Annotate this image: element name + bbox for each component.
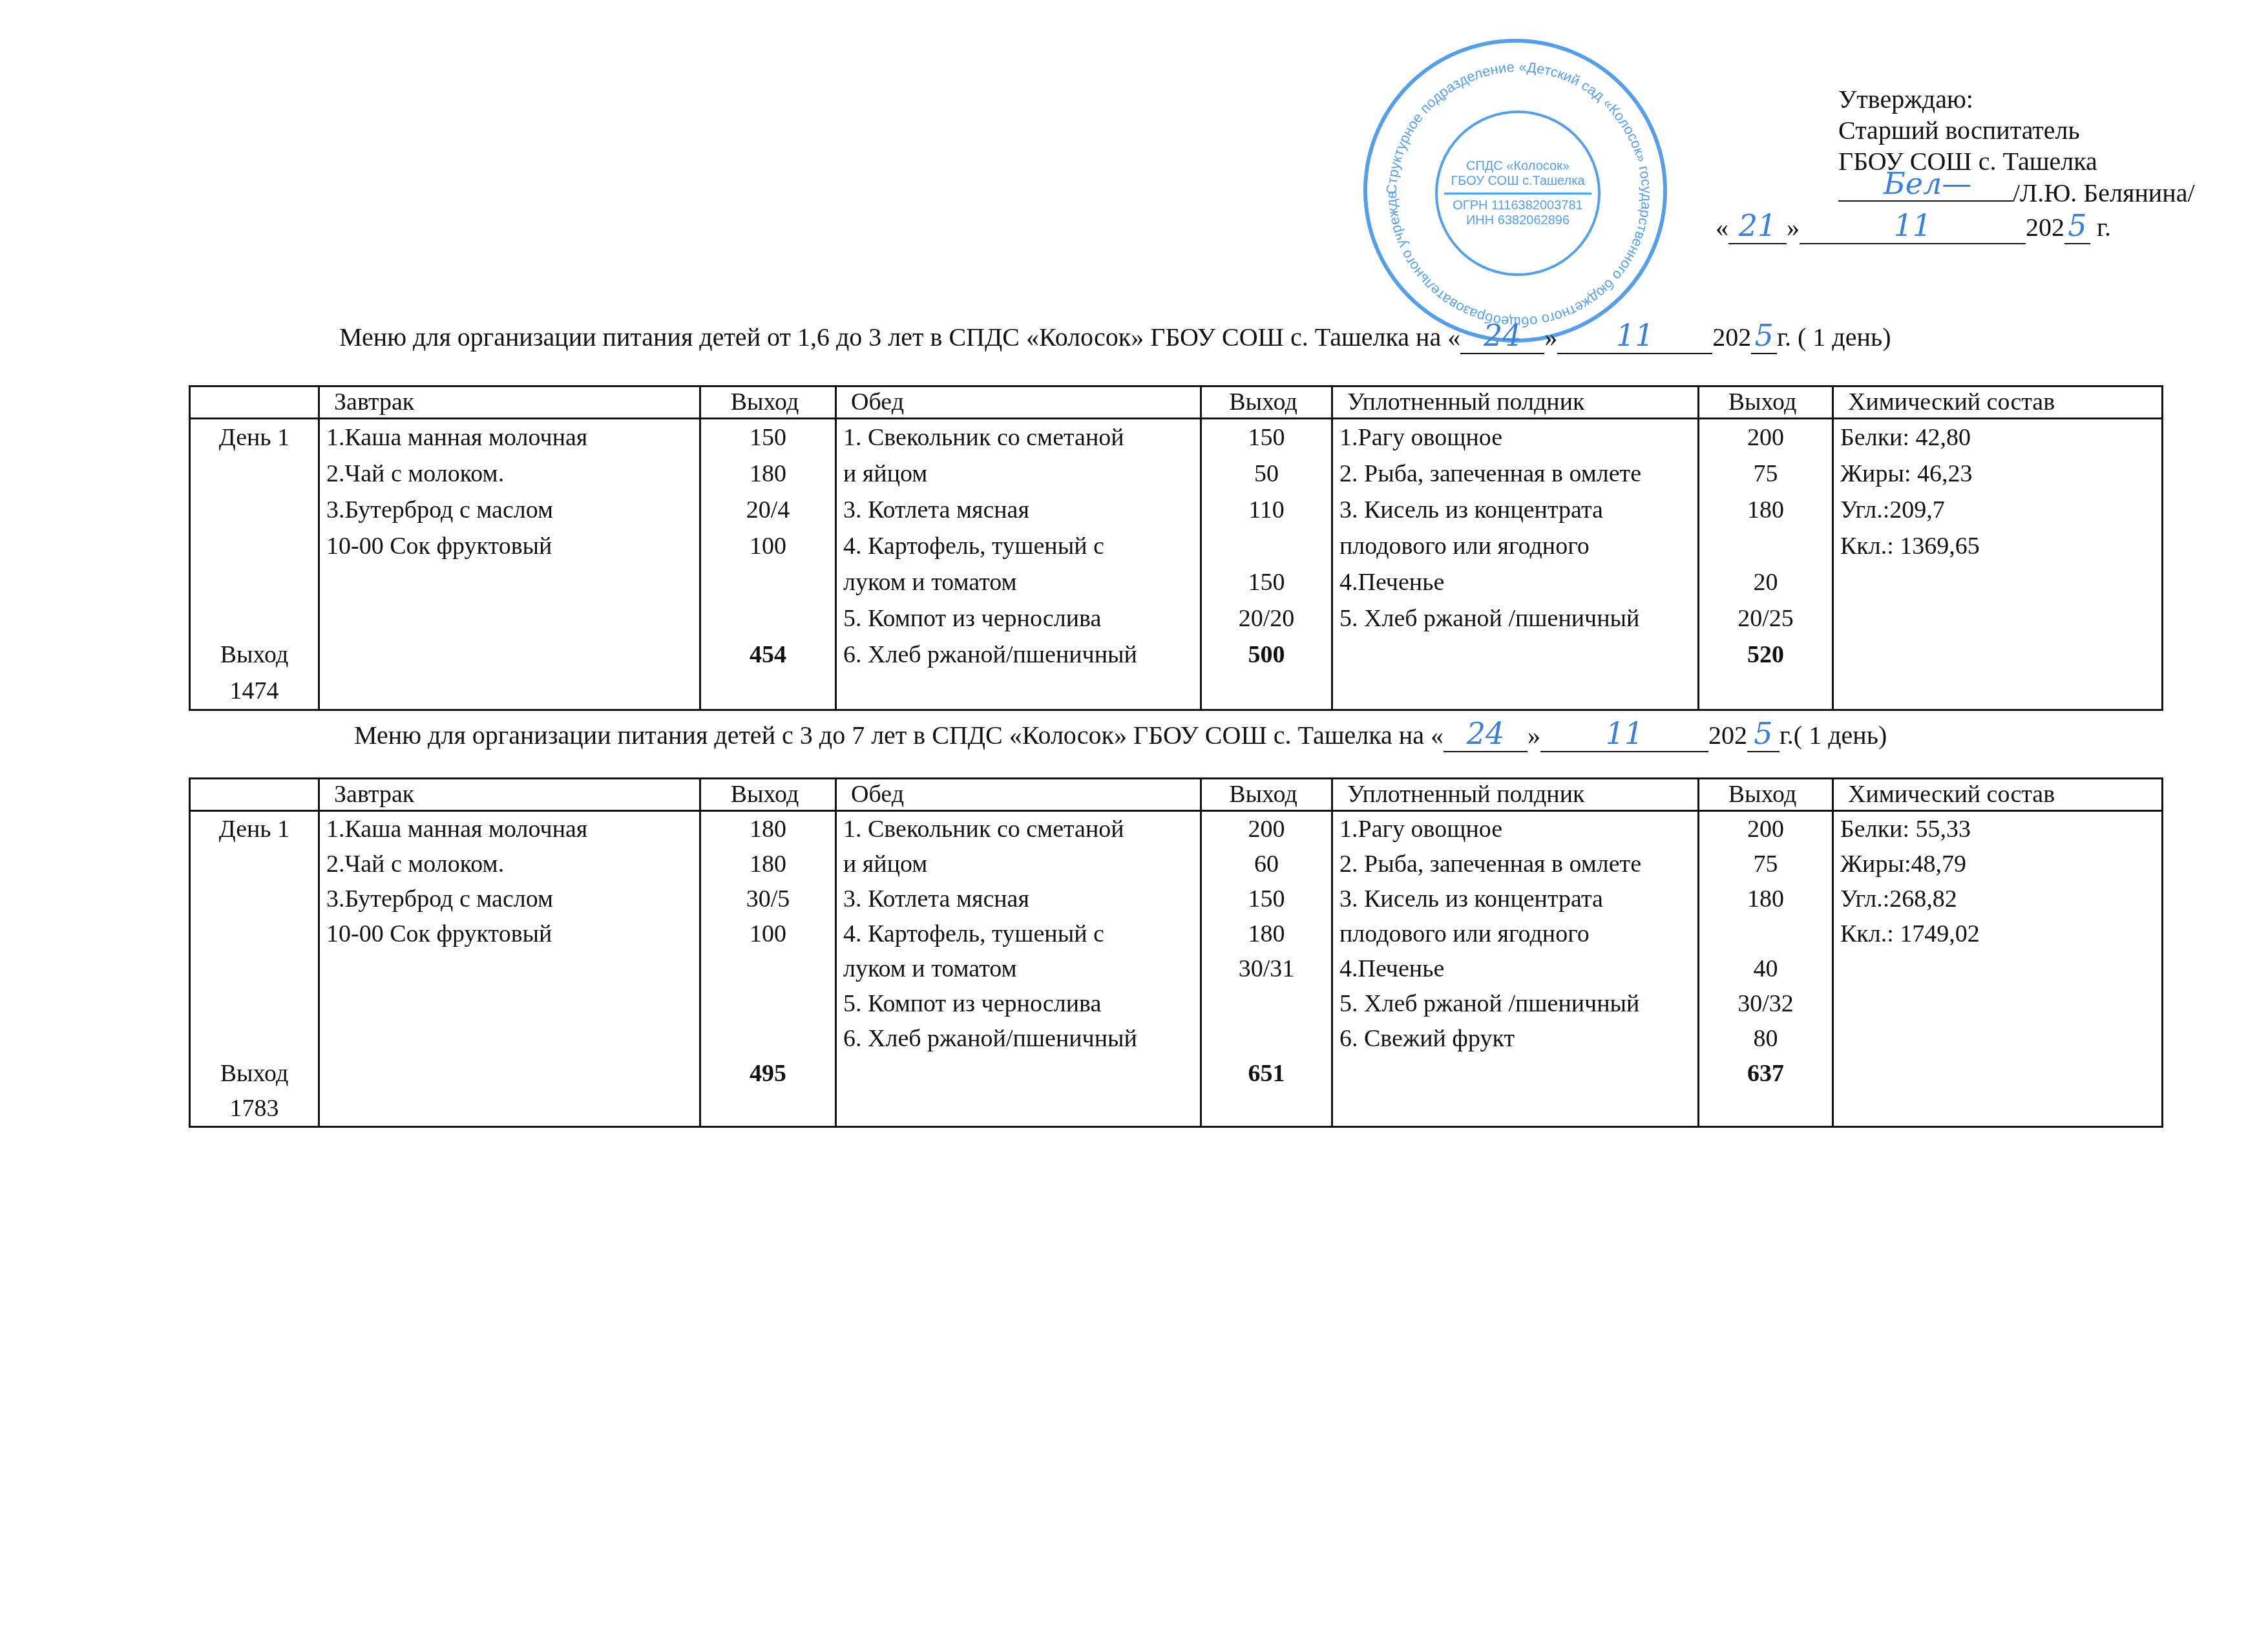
header-lunch: Обед <box>836 779 1201 811</box>
lunch-item: 1. Свекольник со сметаной <box>843 812 1193 847</box>
snack-yield-cell: 200751802020/25520 <box>1699 419 1833 710</box>
snack-items-cell: 1.Рагу овощное2. Рыба, запеченная в омле… <box>1332 419 1699 710</box>
snack-yield: 180 <box>1706 492 1825 528</box>
header-breakfast: Завтрак <box>319 386 700 419</box>
title-day-field: 24 <box>1460 318 1544 354</box>
breakfast-yield: 180 <box>708 456 828 492</box>
header-lunch: Обед <box>836 386 1201 419</box>
breakfast-item <box>326 564 693 600</box>
lunch-item: 1. Свекольник со сметаной <box>843 419 1193 456</box>
chemical-value: Белки: 55,33 <box>1840 812 2155 847</box>
title-month-handwritten: 11 <box>1606 716 1644 751</box>
spacer <box>197 492 311 528</box>
chemical-value: Белки: 42,80 <box>1840 419 2155 456</box>
chemical-value: Ккл.: 1749,02 <box>1840 916 2155 951</box>
chemical-value: Жиры:48,79 <box>1840 847 2155 882</box>
breakfast-item <box>326 600 693 637</box>
breakfast-item <box>326 951 693 986</box>
breakfast-item: 3.Бутерброд с маслом <box>326 492 693 528</box>
header-day <box>190 779 319 811</box>
lunch-items-cell: 1. Свекольник со сметанойи яйцом3. Котле… <box>836 419 1201 710</box>
snack-yield: 20 <box>1706 564 1825 600</box>
date-month-field: 11 <box>1800 208 2026 244</box>
breakfast-yield <box>708 1021 828 1056</box>
snack-item: плодового или ягодного <box>1339 916 1691 951</box>
chemical-value: Угл.:268,82 <box>1840 882 2155 916</box>
menu-table-preschool: ЗавтракВыходОбедВыходУплотненный полдник… <box>189 777 2163 1128</box>
day-label: День 1 <box>197 812 311 847</box>
title-suffix: г.( 1 день) <box>1780 721 1887 750</box>
day-label: День 1 <box>197 419 311 456</box>
lunch-item: и яйцом <box>843 847 1193 882</box>
table-row: День 1Выход17831.Каша манная молочная2.Ч… <box>190 811 2163 1127</box>
spacer <box>197 986 311 1021</box>
snack-items-cell: 1.Рагу овощное2. Рыба, запеченная в омле… <box>1332 811 1699 1127</box>
snack-yield: 80 <box>1706 1021 1825 1056</box>
breakfast-item: 1.Каша манная молочная <box>326 419 693 456</box>
date-day-handwritten: 21 <box>1739 208 1777 243</box>
lunch-yield: 50 <box>1208 456 1325 492</box>
snack-item: 3. Кисель из концентрата <box>1339 492 1691 528</box>
breakfast-items-cell: 1.Каша манная молочная2.Чай с молоком.3.… <box>319 811 700 1127</box>
title-month-handwritten: 11 <box>1616 318 1654 353</box>
snack-item: 4.Печенье <box>1339 951 1691 986</box>
chemical-value: Угл.:209,7 <box>1840 492 2155 528</box>
snack-item: 2. Рыба, запеченная в омлете <box>1339 847 1691 882</box>
header-chemical: Химический состав <box>1833 779 2163 811</box>
spacer <box>197 1021 311 1056</box>
total-label: Выход <box>197 1056 311 1091</box>
spacer <box>197 951 311 986</box>
approval-position: Старший воспитатель <box>1838 115 2195 146</box>
snack-item: 2. Рыба, запеченная в омлете <box>1339 456 1691 492</box>
lunch-item: 3. Котлета мясная <box>843 882 1193 916</box>
snack-yield: 30/32 <box>1706 986 1825 1021</box>
title-day-field: 24 <box>1444 716 1528 752</box>
menu-title-preschool: Меню для организации питания детей с 3 д… <box>354 716 1887 752</box>
title-suffix: г. ( 1 день) <box>1777 322 1891 352</box>
breakfast-item <box>326 1021 693 1056</box>
stamp-center: СПДС «Колосок» ГБОУ СОШ с.Ташелка ОГРН 1… <box>1435 111 1601 276</box>
header-lunch-yield: Выход <box>1201 779 1332 811</box>
date-year-field: 5 <box>2064 208 2090 244</box>
stamp-center-line1: СПДС «Колосок» <box>1438 159 1598 174</box>
header-breakfast: Завтрак <box>319 779 700 811</box>
snack-yield: 75 <box>1706 456 1825 492</box>
snack-yield <box>1706 916 1825 951</box>
stamp-ogrn: ОГРН 1116382003781 <box>1438 198 1598 213</box>
approval-date: «21»112025 г. <box>1716 208 2111 244</box>
lunch-item: 6. Хлеб ржаной/пшеничный <box>843 1021 1193 1056</box>
snack-yield: 40 <box>1706 951 1825 986</box>
breakfast-yield: 150 <box>708 419 828 456</box>
snack-yield: 20/25 <box>1706 600 1825 637</box>
approval-signature-line: Бел—/Л.Ю. Белянина/ <box>1838 177 2195 209</box>
breakfast-yield: 20/4 <box>708 492 828 528</box>
lunch-yield: 150 <box>1208 564 1325 600</box>
breakfast-yield: 180 <box>708 812 828 847</box>
header-breakfast-yield: Выход <box>700 779 836 811</box>
snack-item <box>1339 637 1691 673</box>
title-year-prefix: 202 <box>1712 322 1751 352</box>
stamp-divider <box>1444 193 1591 195</box>
snack-item: 5. Хлеб ржаной /пшеничный <box>1339 600 1691 637</box>
lunch-yield: 20/20 <box>1208 600 1325 637</box>
breakfast-yield: 100 <box>708 528 828 564</box>
title-month-field: 11 <box>1557 318 1712 354</box>
snack-item <box>1339 1056 1691 1091</box>
breakfast-item: 10-00 Сок фруктовый <box>326 528 693 564</box>
lunch-yield: 200 <box>1208 812 1325 847</box>
header-chemical: Химический состав <box>1833 386 2163 419</box>
breakfast-yield <box>708 986 828 1021</box>
total-value: 1783 <box>197 1091 311 1126</box>
lunch-yield-total: 651 <box>1208 1056 1325 1091</box>
breakfast-yield-cell: 18018030/5100495 <box>700 811 836 1127</box>
header-snack: Уплотненный полдник <box>1332 386 1699 419</box>
breakfast-yield-total: 495 <box>708 1056 828 1091</box>
breakfast-item: 1.Каша манная молочная <box>326 812 693 847</box>
spacer <box>197 847 311 882</box>
lunch-yield: 30/31 <box>1208 951 1325 986</box>
title-text: Меню для организации питания детей с 3 д… <box>354 721 1444 750</box>
lunch-item: и яйцом <box>843 456 1193 492</box>
breakfast-yield-total: 454 <box>708 637 828 673</box>
title-year-field: 5 <box>1747 716 1780 752</box>
header-snack: Уплотненный полдник <box>1332 779 1699 811</box>
lunch-items-cell: 1. Свекольник со сметанойи яйцом3. Котле… <box>836 811 1201 1127</box>
snack-item: 3. Кисель из концентрата <box>1339 882 1691 916</box>
approval-block: Утверждаю: Старший воспитатель ГБОУ СОШ … <box>1838 84 2195 209</box>
breakfast-item: 2.Чай с молоком. <box>326 847 693 882</box>
lunch-item: луком и томатом <box>843 951 1193 986</box>
stamp-center-line2: ГБОУ СОШ с.Ташелка <box>1438 174 1598 189</box>
snack-yield <box>1706 528 1825 564</box>
title-month-field: 11 <box>1540 716 1708 752</box>
title-text: Меню для организации питания детей от 1,… <box>339 322 1460 352</box>
breakfast-yield <box>708 600 828 637</box>
title-year-handwritten: 5 <box>1755 318 1774 353</box>
title-year-field: 5 <box>1751 318 1777 354</box>
menu-title-toddlers: Меню для организации питания детей от 1,… <box>339 318 1891 354</box>
snack-item: 1.Рагу овощное <box>1339 812 1691 847</box>
spacer <box>197 456 311 492</box>
header-row: ЗавтракВыходОбедВыходУплотненный полдник… <box>190 779 2163 811</box>
title-year-prefix: 202 <box>1708 721 1747 750</box>
title-close-quote: » <box>1544 322 1557 352</box>
chemical-value: Ккл.: 1369,65 <box>1840 528 2155 564</box>
lunch-yield: 150 <box>1208 882 1325 916</box>
snack-yield-total: 520 <box>1706 637 1825 673</box>
stamp-inn: ИНН 6382062896 <box>1438 213 1598 228</box>
snack-yield: 200 <box>1706 419 1825 456</box>
lunch-yield: 60 <box>1208 847 1325 882</box>
total-value: 1474 <box>197 673 311 709</box>
spacer <box>197 916 311 951</box>
header-row: ЗавтракВыходОбедВыходУплотненный полдник… <box>190 386 2163 419</box>
lunch-yield-cell: 1505011015020/20500 <box>1201 419 1332 710</box>
lunch-item: 4. Картофель, тушеный с <box>843 528 1193 564</box>
official-stamp: Структурное подразделение «Детский сад «… <box>1363 39 1667 343</box>
header-day <box>190 386 319 419</box>
table-row: День 1Выход14741.Каша манная молочная2.Ч… <box>190 419 2163 710</box>
chemical-cell: Белки: 42,80Жиры: 46,23Угл.:209,7Ккл.: 1… <box>1833 419 2163 710</box>
lunch-yield: 110 <box>1208 492 1325 528</box>
total-label: Выход <box>197 637 311 673</box>
snack-item: плодового или ягодного <box>1339 528 1691 564</box>
breakfast-yield: 100 <box>708 916 828 951</box>
snack-item: 4.Печенье <box>1339 564 1691 600</box>
date-year-unit: г. <box>2090 213 2111 242</box>
signer-name: /Л.Ю. Белянина/ <box>2013 178 2195 207</box>
lunch-yield <box>1208 528 1325 564</box>
breakfast-item: 2.Чай с молоком. <box>326 456 693 492</box>
breakfast-yield-cell: 15018020/4100454 <box>700 419 836 710</box>
menu-table-toddlers: ЗавтракВыходОбедВыходУплотненный полдник… <box>189 385 2163 711</box>
lunch-yield: 150 <box>1208 419 1325 456</box>
breakfast-yield <box>708 951 828 986</box>
breakfast-item: 10-00 Сок фруктовый <box>326 916 693 951</box>
title-close-quote: » <box>1528 721 1540 750</box>
title-day-handwritten: 24 <box>1467 716 1505 751</box>
breakfast-item <box>326 1056 693 1091</box>
header-lunch-yield: Выход <box>1201 386 1332 419</box>
spacer <box>197 600 311 637</box>
spacer <box>197 528 311 564</box>
lunch-yield: 180 <box>1208 916 1325 951</box>
header-snack-yield: Выход <box>1699 386 1833 419</box>
lunch-yield-cell: 2006015018030/31651 <box>1201 811 1332 1127</box>
date-month-handwritten: 11 <box>1894 208 1932 243</box>
snack-yield: 200 <box>1706 812 1825 847</box>
chemical-value: Жиры: 46,23 <box>1840 456 2155 492</box>
date-year-prefix: 202 <box>2026 213 2064 242</box>
lunch-yield <box>1208 1021 1325 1056</box>
lunch-yield <box>1208 986 1325 1021</box>
snack-item: 6. Свежий фрукт <box>1339 1021 1691 1056</box>
date-open-quote: « <box>1716 213 1728 242</box>
lunch-item: 5. Компот из чернослива <box>843 986 1193 1021</box>
date-day-field: 21 <box>1728 208 1787 244</box>
handwritten-signature: Бел— <box>1884 168 1971 199</box>
breakfast-item <box>326 637 693 673</box>
title-day-handwritten: 24 <box>1484 318 1522 353</box>
snack-item: 1.Рагу овощное <box>1339 419 1691 456</box>
spacer <box>197 882 311 916</box>
breakfast-yield: 30/5 <box>708 882 828 916</box>
breakfast-yield: 180 <box>708 847 828 882</box>
lunch-item: 6. Хлеб ржаной/пшеничный <box>843 637 1193 673</box>
header-snack-yield: Выход <box>1699 779 1833 811</box>
day-cell: День 1Выход1474 <box>190 419 319 710</box>
chemical-cell: Белки: 55,33Жиры:48,79Угл.:268,82Ккл.: 1… <box>1833 811 2163 1127</box>
snack-item: 5. Хлеб ржаной /пшеничный <box>1339 986 1691 1021</box>
snack-yield-total: 637 <box>1706 1056 1825 1091</box>
date-year-handwritten: 5 <box>2068 208 2086 243</box>
lunch-item <box>843 1056 1193 1091</box>
lunch-item: 3. Котлета мясная <box>843 492 1193 528</box>
day-cell: День 1Выход1783 <box>190 811 319 1127</box>
snack-yield: 180 <box>1706 882 1825 916</box>
lunch-yield-total: 500 <box>1208 637 1325 673</box>
snack-yield-cell: 200751804030/3280637 <box>1699 811 1833 1127</box>
spacer <box>197 564 311 600</box>
breakfast-items-cell: 1.Каша манная молочная2.Чай с молоком.3.… <box>319 419 700 710</box>
lunch-item: луком и томатом <box>843 564 1193 600</box>
date-close-quote: » <box>1787 213 1800 242</box>
lunch-item: 4. Картофель, тушеный с <box>843 916 1193 951</box>
snack-yield: 75 <box>1706 847 1825 882</box>
breakfast-item <box>326 986 693 1021</box>
title-year-handwritten: 5 <box>1754 716 1772 751</box>
header-breakfast-yield: Выход <box>700 386 836 419</box>
breakfast-yield <box>708 564 828 600</box>
lunch-item: 5. Компот из чернослива <box>843 600 1193 637</box>
approval-heading: Утверждаю: <box>1838 84 2195 115</box>
breakfast-item: 3.Бутерброд с маслом <box>326 882 693 916</box>
